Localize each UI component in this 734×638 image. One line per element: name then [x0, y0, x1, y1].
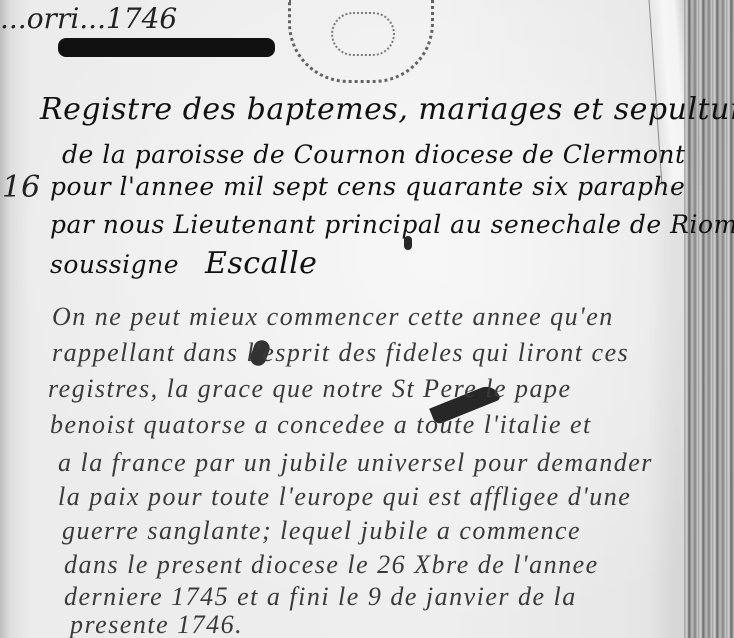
struck-word: (illegible, struck through): [58, 38, 275, 57]
header-date: ...orri...1746: [0, 2, 177, 35]
title-line-1: Registre des baptemes, mariages et sepul…: [40, 92, 734, 127]
body-line-2: rappellant dans l'esprit des fideles qui…: [52, 338, 629, 368]
body-line-5: a la france par un jubile universel pour…: [58, 448, 653, 478]
seal-inner-mark: [331, 12, 395, 56]
signature: Escalle: [205, 246, 317, 281]
body-line-8: dans le present diocese le 26 Xbre de l'…: [64, 550, 599, 580]
margin-number: 16: [2, 170, 40, 205]
title-line-2: de la paroisse de Cournon diocese de Cle…: [62, 140, 686, 169]
title-line-3: pour l'annee mil sept cens quarante six …: [50, 172, 685, 201]
seal-stamp: [288, 0, 434, 83]
manuscript-page: ...orri...1746 (illegible, struck throug…: [0, 0, 734, 638]
title-line-5: soussigne: [50, 250, 179, 279]
title-line-4: par nous Lieutenant principal au senecha…: [50, 210, 734, 239]
body-line-7: guerre sanglante; lequel jubile a commen…: [62, 516, 581, 546]
ink-blot: [404, 236, 412, 250]
body-line-6: la paix pour toute l'europe qui est affl…: [58, 482, 631, 512]
body-line-3: registres, la grace que notre St Pere le…: [48, 374, 572, 404]
body-line-1: On ne peut mieux commencer cette annee q…: [52, 302, 614, 332]
body-line-9: derniere 1745 et a fini le 9 de janvier …: [64, 582, 577, 612]
body-line-10: presente 1746.: [70, 610, 243, 638]
body-line-4: benoist quatorse a concedee a toute l'it…: [50, 410, 592, 440]
